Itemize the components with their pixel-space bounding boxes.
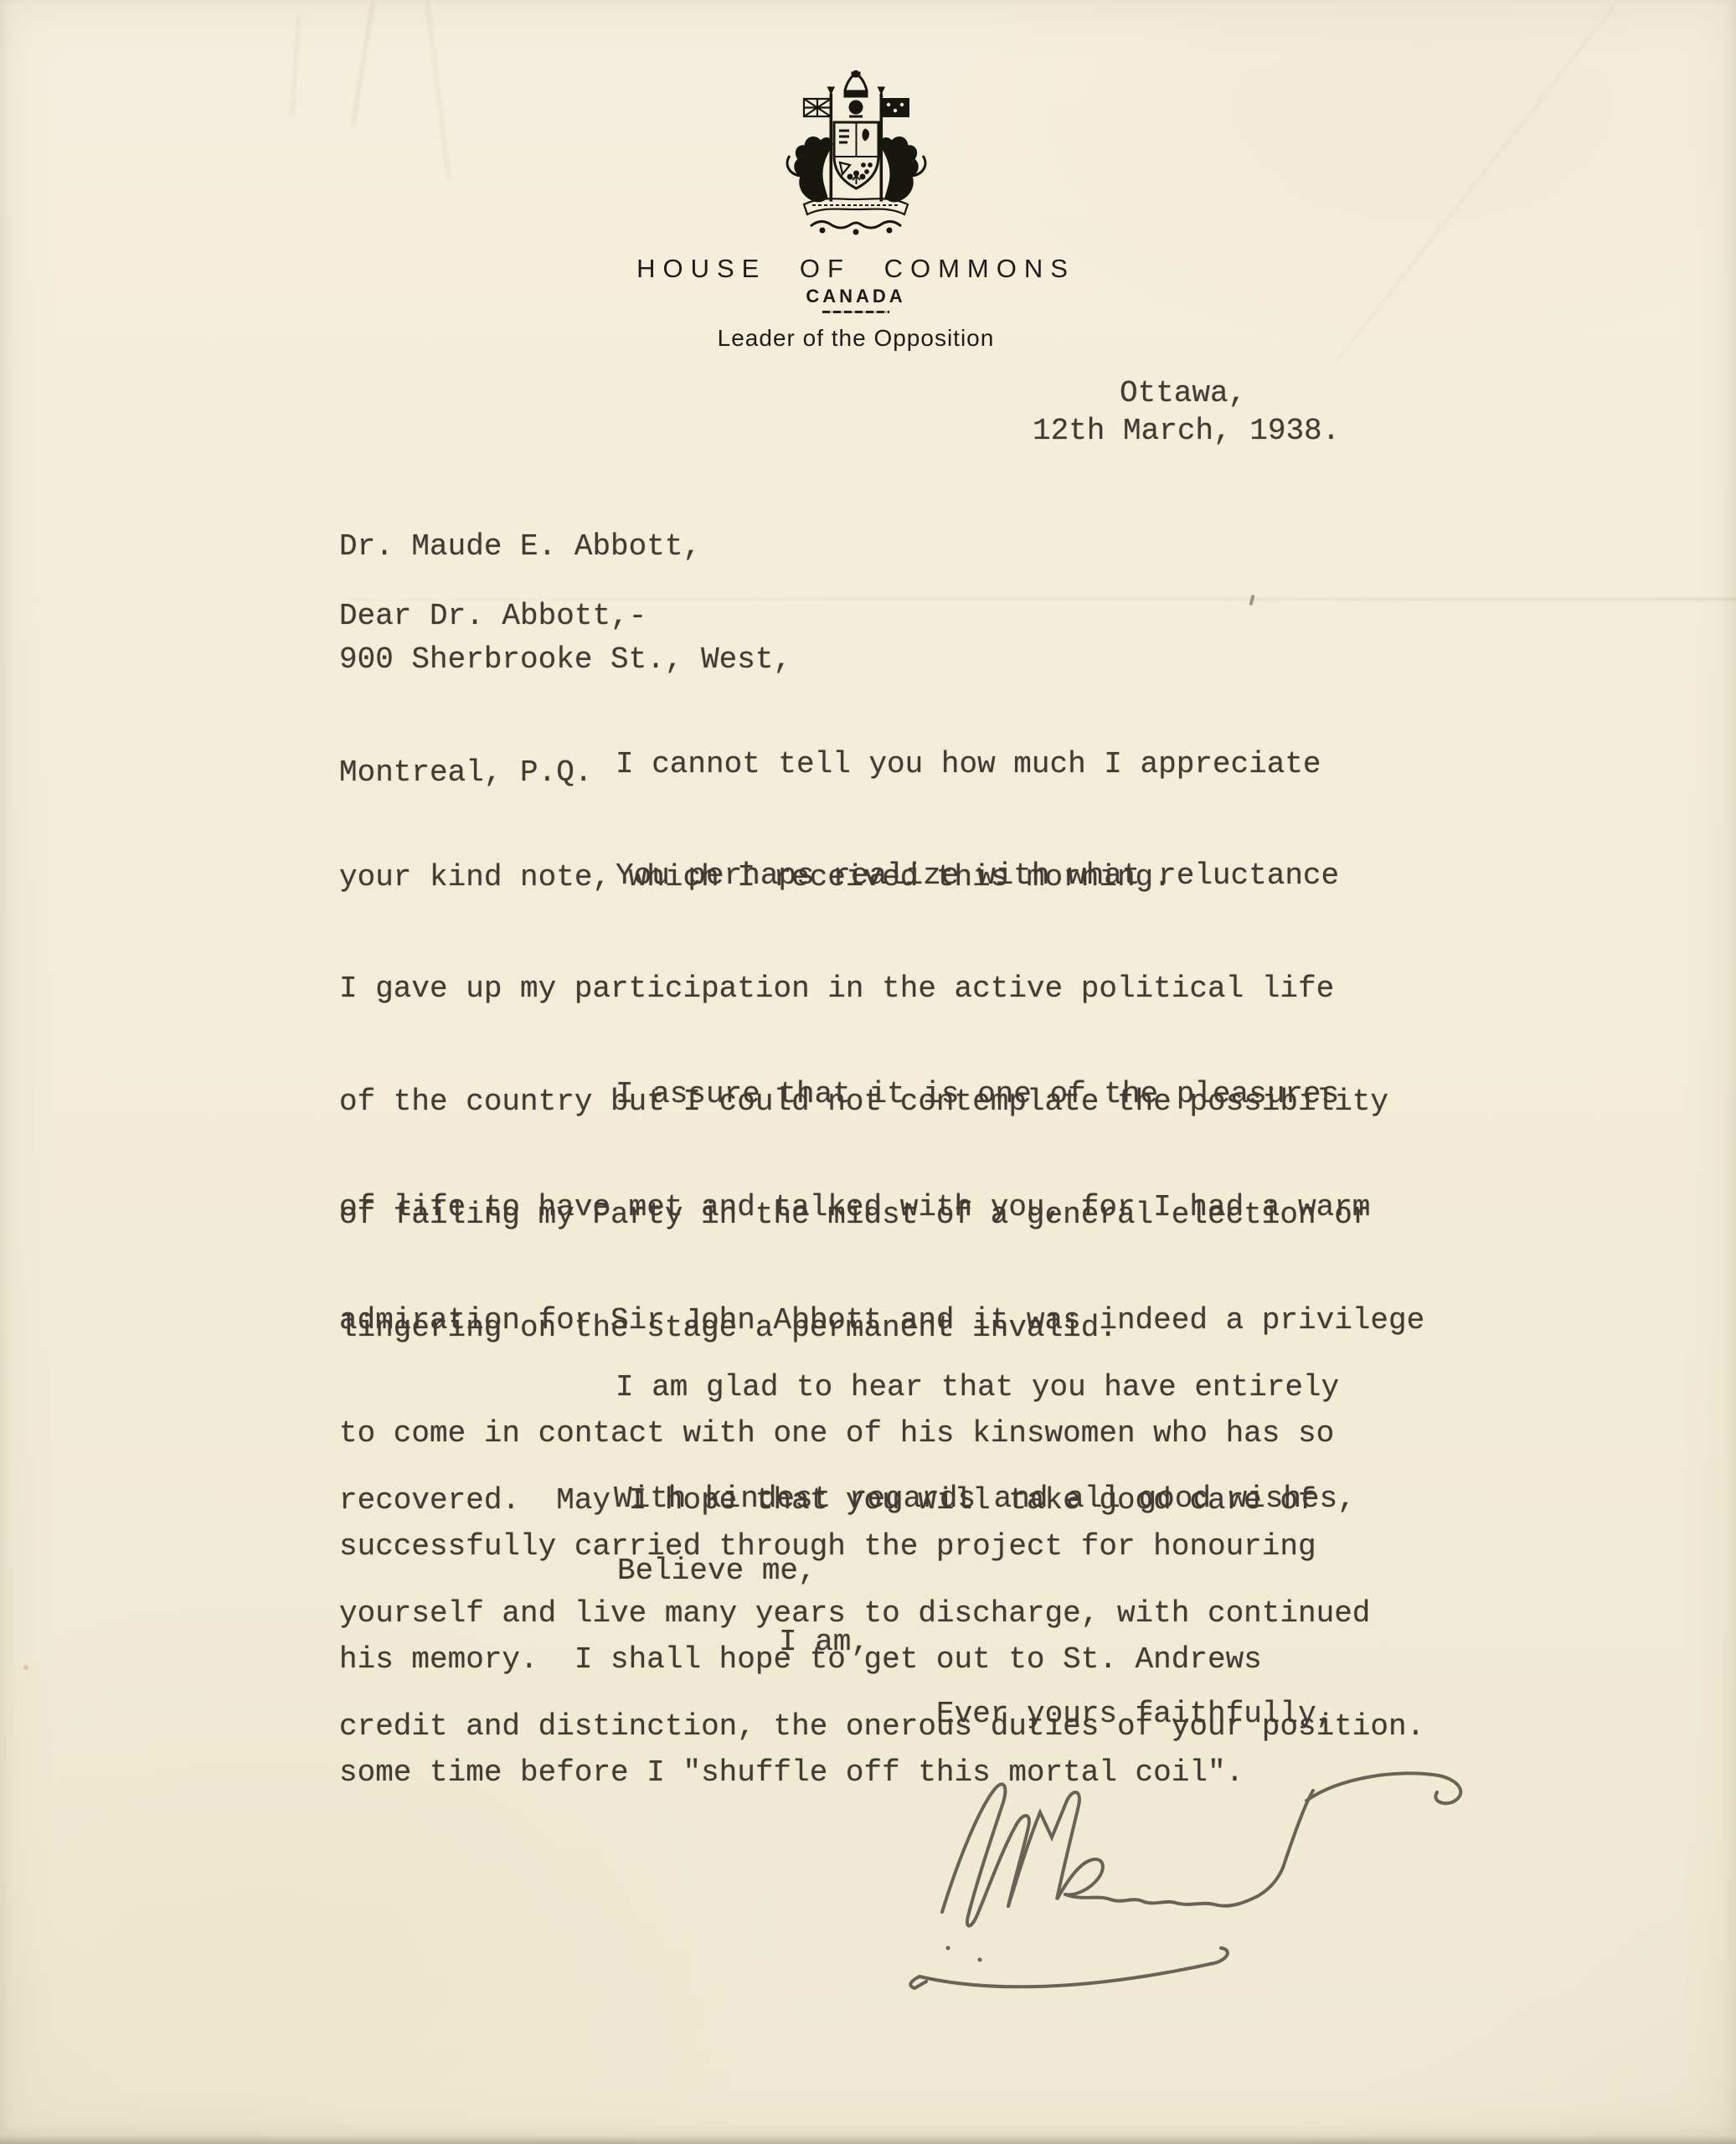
closing-valediction: Ever yours faithfully, (936, 1695, 1334, 1733)
paper-fold-line (0, 598, 1736, 600)
letterhead-country: CANADA (0, 286, 1712, 307)
closing-i-am: I am, (779, 1623, 869, 1661)
letterhead-title: Leader of the Opposition (0, 325, 1712, 352)
typed-line: You perhaps realize with what reluctance (339, 857, 1388, 894)
scan-streak (352, 1, 373, 126)
letterhead-organization: HOUSE OF COMMONS (0, 254, 1712, 284)
dateline-place: Ottawa, (1120, 374, 1246, 412)
typed-line: yourself and live many years to discharg… (339, 1595, 1424, 1632)
signature-autograph (896, 1757, 1499, 2008)
dateline-date: 12th March, 1938. (1033, 412, 1340, 450)
paragraph-4: I am glad to hear that you have entirely… (339, 1293, 1424, 1821)
paper-crease (1335, 6, 1615, 363)
typed-line: I cannot tell you how much I appreciate (339, 745, 1321, 783)
scan-bottom-edge (0, 2136, 1736, 2144)
scan-streak (291, 15, 300, 116)
recipient-name: Dr. Maude E. Abbott, (339, 528, 791, 565)
salutation: Dear Dr. Abbott,- (339, 597, 646, 635)
closing-regards: With kindest regards and all good wishes… (614, 1480, 1356, 1518)
scan-streak (426, 1, 450, 180)
typed-line: of life to have met and talked with you,… (339, 1188, 1424, 1226)
closing-believe-me: Believe me, (617, 1552, 816, 1590)
typed-line: I assure that it is one of the pleasures (339, 1075, 1424, 1113)
letter-page: HOUSE OF COMMONS CANADA Leader of the Op… (0, 0, 1736, 2144)
canada-coat-of-arms-icon (779, 70, 934, 242)
typed-line: I am glad to hear that you have entirely (339, 1368, 1424, 1406)
paper-speck (23, 1665, 28, 1670)
letterhead-rule (822, 311, 889, 313)
